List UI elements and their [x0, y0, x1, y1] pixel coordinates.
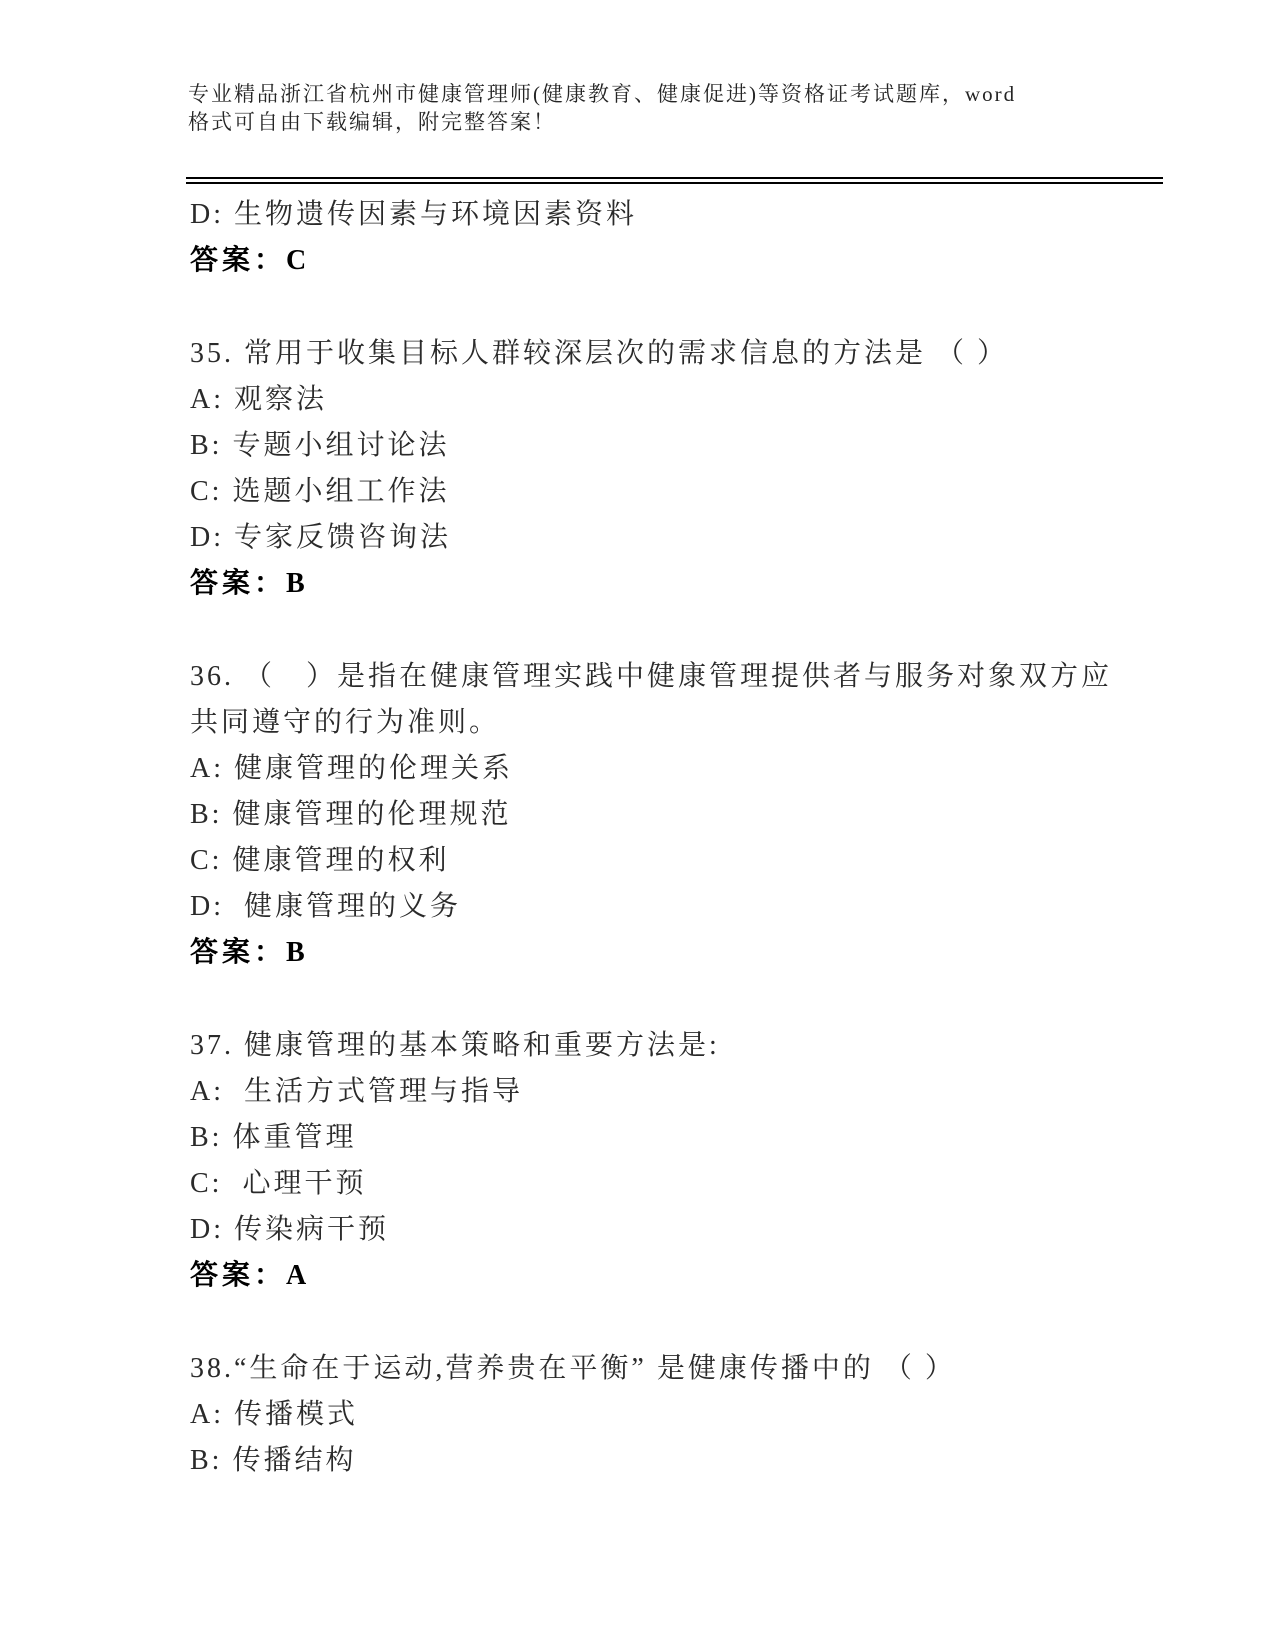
header-line-2: 格式可自由下载编辑，附完整答案！	[188, 108, 1165, 136]
header-divider-rule	[186, 177, 1163, 184]
document-page: 专业精品浙江省杭州市健康管理师(健康教育、健康促进)等资格证考试题库，word …	[0, 0, 1275, 1650]
option-line: A: 传播模式	[190, 1392, 1165, 1438]
option-line: B: 健康管理的伦理规范	[190, 792, 1165, 838]
question-35: 35. 常用于收集目标人群较深层次的需求信息的方法是 （ ） A: 观察法 B:…	[190, 331, 1165, 607]
option-line: C: 心理干预	[190, 1161, 1165, 1207]
question-text: 36. （ ）是指在健康管理实践中健康管理提供者与服务对象双方应	[190, 654, 1165, 700]
question-text: 38.“生命在于运动,营养贵在平衡” 是健康传播中的 （ ）	[190, 1346, 1165, 1392]
option-line: B: 专题小组讨论法	[190, 423, 1165, 469]
question-38: 38.“生命在于运动,营养贵在平衡” 是健康传播中的 （ ） A: 传播模式 B…	[190, 1346, 1165, 1484]
option-line: D: 健康管理的义务	[190, 884, 1165, 930]
option-line: C: 健康管理的权利	[190, 838, 1165, 884]
option-line: A: 观察法	[190, 377, 1165, 423]
option-line: C: 选题小组工作法	[190, 469, 1165, 515]
option-line: A: 健康管理的伦理关系	[190, 746, 1165, 792]
question-text-continued: 共同遵守的行为准则。	[190, 700, 1165, 746]
question-36: 36. （ ）是指在健康管理实践中健康管理提供者与服务对象双方应 共同遵守的行为…	[190, 654, 1165, 976]
document-body: D: 生物遗传因素与环境因素资料 答案：C 35. 常用于收集目标人群较深层次的…	[190, 192, 1165, 1484]
option-line: D: 生物遗传因素与环境因素资料	[190, 192, 1165, 238]
question-text: 35. 常用于收集目标人群较深层次的需求信息的方法是 （ ）	[190, 331, 1165, 377]
answer-line: 答案：A	[190, 1253, 1165, 1299]
answer-line: 答案：B	[190, 561, 1165, 607]
question-text: 37. 健康管理的基本策略和重要方法是:	[190, 1023, 1165, 1069]
document-header: 专业精品浙江省杭州市健康管理师(健康教育、健康促进)等资格证考试题库，word …	[188, 80, 1165, 136]
question-37: 37. 健康管理的基本策略和重要方法是: A: 生活方式管理与指导 B: 体重管…	[190, 1023, 1165, 1299]
question-34-tail: D: 生物遗传因素与环境因素资料 答案：C	[190, 192, 1165, 284]
answer-line: 答案：C	[190, 238, 1165, 284]
option-line: D: 专家反馈咨询法	[190, 515, 1165, 561]
option-line: B: 传播结构	[190, 1438, 1165, 1484]
option-line: B: 体重管理	[190, 1115, 1165, 1161]
option-line: D: 传染病干预	[190, 1207, 1165, 1253]
option-line: A: 生活方式管理与指导	[190, 1069, 1165, 1115]
header-line-1: 专业精品浙江省杭州市健康管理师(健康教育、健康促进)等资格证考试题库，word	[188, 80, 1165, 108]
answer-line: 答案：B	[190, 930, 1165, 976]
